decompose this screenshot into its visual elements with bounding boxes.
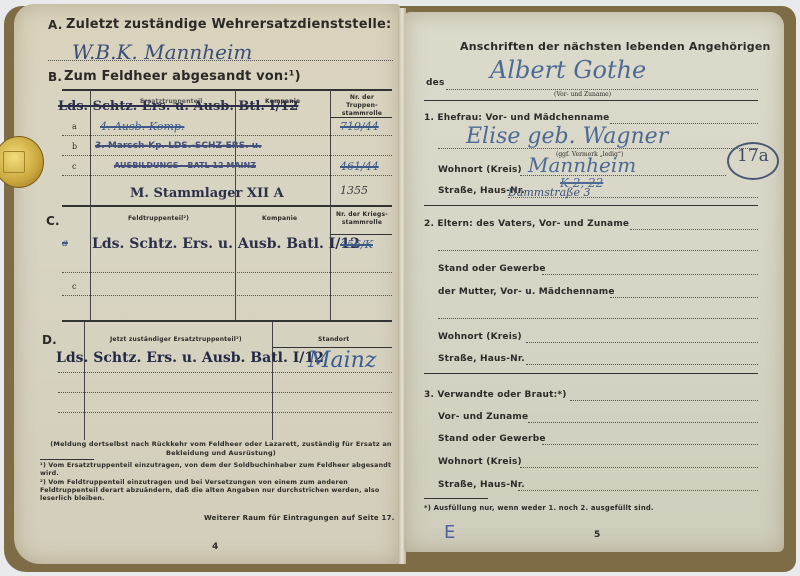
dotted-line xyxy=(62,175,392,176)
section-rule xyxy=(424,373,758,374)
dotted-line xyxy=(528,422,758,423)
dotted-line xyxy=(48,60,393,61)
row-unit: 3. Marsch-Kp. LDS.-SCHZ-ERS. u. xyxy=(95,141,262,151)
verwandte-name-label: Vor- und Zuname xyxy=(438,412,528,422)
ehefrau-name-value: Elise geb. Wagner xyxy=(466,124,668,149)
dotted-line xyxy=(438,250,758,251)
stamp-unit-struck: Lds. Schtz. Ers. u. Ausb. Btl. I/12 xyxy=(58,99,298,114)
des-value: Albert Gothe xyxy=(490,56,646,84)
table-rule xyxy=(330,117,392,118)
dotted-line xyxy=(520,467,758,468)
dotted-line xyxy=(630,229,758,230)
verwandte-wohnort-label: Wohnort (Kreis) xyxy=(438,457,522,467)
section-c-letter: C. xyxy=(46,214,60,228)
section-rule xyxy=(424,100,758,101)
table-divider xyxy=(272,322,273,440)
row-number: 461/44 xyxy=(340,160,379,173)
row-letter: c xyxy=(72,282,76,291)
dotted-line xyxy=(542,444,758,445)
verwandte-stand-label: Stand oder Gewerbe xyxy=(438,434,546,444)
row-letter: a xyxy=(72,122,77,131)
column-header-kompanie: Kompanie xyxy=(262,215,297,222)
column-header-feldtruppenteil: Feldtruppenteil²) xyxy=(128,215,189,222)
stamp-number: 1355 xyxy=(340,184,368,197)
right-footnote: *) Ausfüllung nur, wenn weder 1. noch 2.… xyxy=(424,504,654,512)
standort-value: Mainz xyxy=(308,348,376,373)
row-unit: 4. Ausb.-Komp. xyxy=(100,120,184,133)
footnote-1: ¹) Vom Ersatztruppenteil einzutragen, vo… xyxy=(40,462,392,478)
pencil-mark: E xyxy=(444,522,455,543)
right-page-title: Anschriften der nächsten lebenden Angehö… xyxy=(460,40,771,53)
row-number: 456/K xyxy=(340,238,373,251)
section-d-letter: D. xyxy=(42,333,57,347)
dotted-line xyxy=(526,364,758,365)
dotted-line xyxy=(508,197,758,198)
dotted-line xyxy=(570,400,758,401)
dotted-line xyxy=(58,412,392,413)
dotted-line xyxy=(542,274,758,275)
section-a-letter: A. xyxy=(48,18,62,32)
row-letter: a xyxy=(62,238,68,249)
section-rule xyxy=(424,205,758,206)
table-divider xyxy=(330,90,331,206)
section-a-label: Zuletzt zuständige Wehrersatzdienststell… xyxy=(66,17,391,32)
column-header-kriegsstammrolle: Nr. der Kriegs-stammrolle xyxy=(334,211,390,227)
footnote-2: ²) Vom Feldtruppenteil einzutragen und b… xyxy=(40,479,392,503)
section-3-heading: 3. Verwandte oder Braut:*) xyxy=(424,390,567,400)
dotted-line xyxy=(610,297,758,298)
footnote-rule xyxy=(424,498,488,499)
section-d-note: (Meldung dortselbst nach Rückkehr vom Fe… xyxy=(48,440,394,458)
dotted-line xyxy=(526,342,758,343)
row-letter: c xyxy=(72,162,76,171)
section-2-heading: 2. Eltern: des Vaters, Vor- und Zuname xyxy=(424,219,629,229)
footnote-rule xyxy=(40,459,94,460)
mutter-label: der Mutter, Vor- u. Mädchenname xyxy=(438,287,615,297)
row-unit: Lds. Schtz. Ers. u. Ausb. Batl. I/12 xyxy=(92,236,360,252)
table-rule xyxy=(62,320,392,322)
more-space-note: Weiterer Raum für Eintragungen auf Seite… xyxy=(204,514,395,522)
page-number-right: 5 xyxy=(594,530,600,540)
column-header-stammrolle: Nr. der Truppen-stammrolle xyxy=(334,94,390,118)
section-b-letter: B. xyxy=(48,70,62,84)
dotted-line xyxy=(62,155,392,156)
dotted-line xyxy=(438,318,758,319)
row-letter: b xyxy=(72,142,77,151)
wohnort-label: Wohnort (Kreis) xyxy=(438,165,522,175)
vater-stand-label: Stand oder Gewerbe xyxy=(438,264,546,274)
table-divider xyxy=(330,206,331,320)
section-b-label: Zum Feldheer abgesandt von:¹) xyxy=(64,69,301,84)
dotted-line xyxy=(438,148,758,149)
dotted-line xyxy=(62,295,392,296)
row-unit: AUSBILDUNGS - BATL 12 MAINZ xyxy=(114,161,256,170)
dotted-line xyxy=(58,392,392,393)
coin-gate-icon xyxy=(3,151,25,173)
eltern-wohnort-label: Wohnort (Kreis) xyxy=(438,332,522,342)
wohnort-value: Mannheim xyxy=(528,153,636,177)
table-divider xyxy=(235,206,236,320)
table-rule xyxy=(62,89,392,91)
table-divider xyxy=(90,206,91,320)
table-rule xyxy=(62,205,392,207)
dotted-line xyxy=(520,175,726,176)
dotted-line xyxy=(58,372,392,373)
column-header-ersatztruppenteil: Jetzt zuständiger Ersatztruppenteil²) xyxy=(110,336,242,343)
section-1-heading: 1. Ehefrau: Vor- und Mädchenname xyxy=(424,113,609,123)
table-rule xyxy=(330,234,392,235)
eltern-strasse-label: Straße, Haus-Nr. xyxy=(438,354,525,364)
dotted-line xyxy=(62,272,392,273)
stamp-stammlager: M. Stammlager XII A xyxy=(130,186,284,201)
column-header-standort: Standort xyxy=(318,336,349,343)
des-caption: (Vor- und Zuname) xyxy=(554,91,611,98)
page-number-left: 4 xyxy=(212,542,218,552)
dotted-line xyxy=(446,89,758,90)
row-number: 719/44 xyxy=(340,120,379,133)
des-label: des xyxy=(426,78,445,88)
circled-annotation-text: 17a xyxy=(737,146,769,166)
dotted-line xyxy=(518,490,758,491)
table-divider xyxy=(84,322,85,440)
dotted-line xyxy=(62,135,392,136)
verwandte-strasse-label: Straße, Haus-Nr. xyxy=(438,480,525,490)
jetzt-unit-stamp: Lds. Schtz. Ers. u. Ausb. Batl. I/12 xyxy=(56,350,324,366)
